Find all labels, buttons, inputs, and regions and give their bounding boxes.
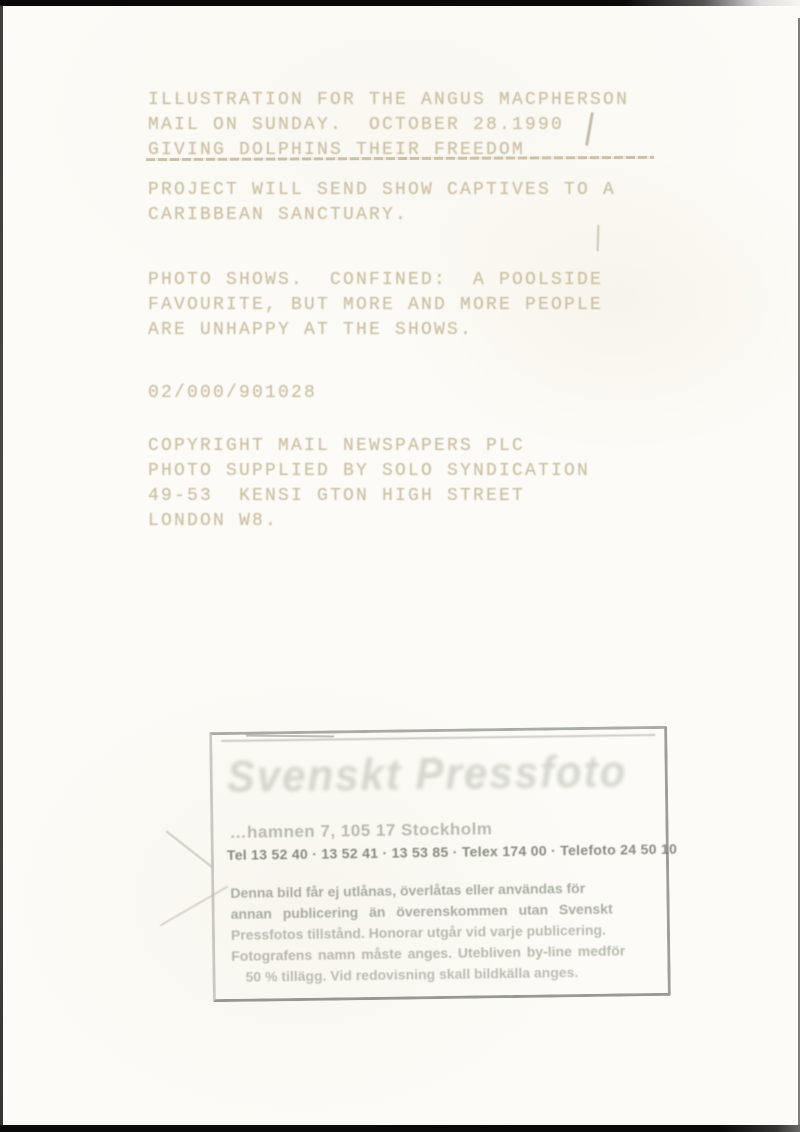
copyright-line: 49-53 KENSI GTON HIGH STREET — [148, 484, 590, 509]
stamp-logo-text: Svenskt Pressfoto — [226, 746, 627, 802]
copyright-line: PHOTO SUPPLIED BY SOLO SYNDICATION — [148, 459, 590, 484]
stamp-address-line: …hamnen 7, 105 17 Stockholm — [229, 819, 492, 843]
copyright-line: COPYRIGHT MAIL NEWSPAPERS PLC — [148, 434, 590, 459]
copyright-block: COPYRIGHT MAIL NEWSPAPERS PLC PHOTO SUPP… — [148, 434, 590, 534]
caption-line: MAIL ON SUNDAY. OCTOBER 28.1990 — [148, 113, 629, 138]
copyright-line: LONDON W8. — [148, 509, 590, 534]
crease-mark — [166, 830, 213, 867]
caption-line: CARIBBEAN SANCTUARY. — [148, 203, 616, 228]
reference-number: 02/000/901028 — [148, 381, 317, 406]
stamp-conditions-block: Denna bild får ej utlånas, överlåtas ell… — [230, 877, 655, 988]
agency-rubber-stamp: Svenskt Pressfoto …hamnen 7, 105 17 Stoc… — [209, 726, 671, 1002]
caption-heading-block: ILLUSTRATION FOR THE ANGUS MACPHERSON MA… — [148, 88, 629, 163]
caption-line: FAVOURITE, BUT MORE AND MORE PEOPLE — [148, 293, 603, 318]
reference-number-block: 02/000/901028 — [148, 381, 317, 406]
pencil-tick-mark — [597, 225, 600, 251]
scan-edge-bottom — [0, 1125, 800, 1132]
scan-edge-top — [0, 0, 800, 6]
caption-project-block: PROJECT WILL SEND SHOW CAPTIVES TO A CAR… — [148, 178, 616, 228]
caption-line: ARE UNHAPPY AT THE SHOWS. — [148, 318, 603, 343]
scan-edge-left — [0, 5, 3, 1126]
caption-line: PHOTO SHOWS. CONFINED: A POOLSIDE — [148, 268, 603, 293]
scanned-photo-back: ILLUSTRATION FOR THE ANGUS MACPHERSON MA… — [0, 0, 800, 1132]
caption-line: ILLUSTRATION FOR THE ANGUS MACPHERSON — [148, 88, 629, 113]
caption-photo-shows-block: PHOTO SHOWS. CONFINED: A POOLSIDE FAVOUR… — [148, 268, 603, 343]
caption-line: PROJECT WILL SEND SHOW CAPTIVES TO A — [148, 178, 616, 203]
stamp-phone-line: Tel 13 52 40 · 13 52 41 · 13 53 85 · Tel… — [227, 841, 677, 863]
stamp-conditions-line: 50 % tillägg. Vid redovisning skall bild… — [231, 961, 655, 988]
